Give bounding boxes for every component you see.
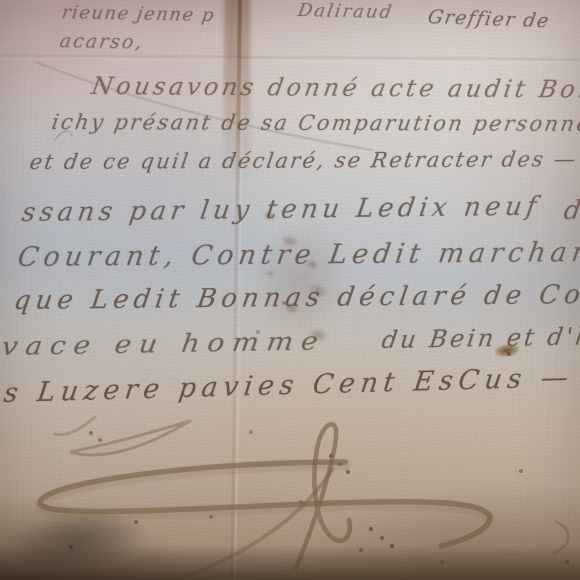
handwriting-line-fragment: d: [562, 196, 580, 226]
handwriting-line: vace eu homme: [0, 326, 328, 361]
handwriting-line: ichy présant de sa Comparution personnel…: [50, 110, 580, 136]
handwriting-header-fragment: acarso,: [58, 30, 145, 53]
handwriting-line: que Ledit Bonnas déclaré de Con: [12, 280, 580, 316]
handwriting-line: Courant, Contre Ledit marchand: [16, 237, 580, 273]
handwriting-line-fragment: du Bein et d'h: [380, 322, 580, 354]
handwriting-line: Nousavons donné acte audit Bonna: [90, 72, 580, 104]
handwriting-line: et de ce quil a déclaré, se Retracter de…: [28, 147, 579, 174]
handwriting-header-fragment: Greffier de: [426, 6, 552, 32]
handwriting-header-fragment: Daliraud: [296, 0, 395, 23]
handwriting-header-fragment: rieune jenne p: [60, 2, 216, 26]
manuscript-photo: rieune jenne p Daliraud Greffier de acar…: [0, 0, 580, 580]
handwriting-line: ssans par luy tenu Ledix neuf: [20, 192, 543, 228]
ink-specks: [0, 0, 2, 2]
